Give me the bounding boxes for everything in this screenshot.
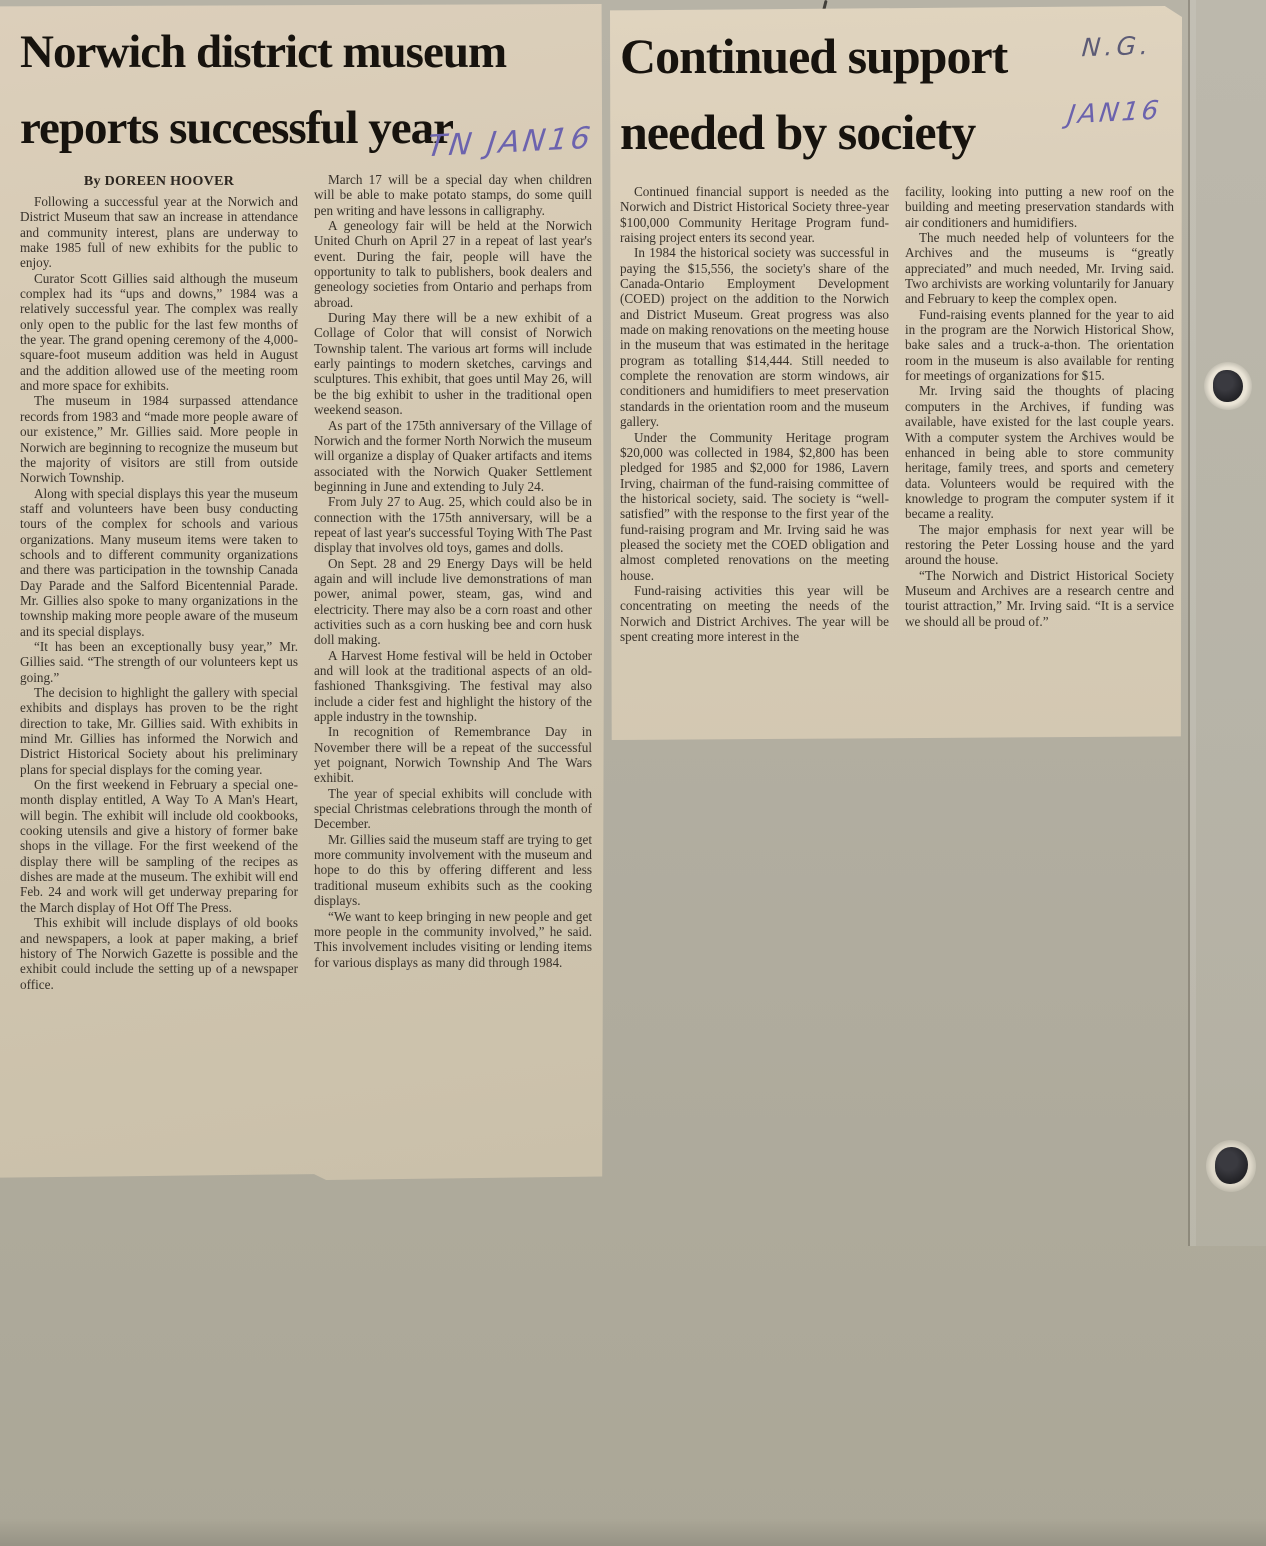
article-paragraph: The much needed help of volunteers for t… — [905, 230, 1174, 307]
article-paragraph: Fund-raising events planned for the year… — [905, 307, 1174, 384]
article-paragraph: The year of special exhibits will conclu… — [314, 786, 592, 832]
article-paragraph: A geneology fair will be held at the Nor… — [314, 218, 592, 310]
article-paragraph: During May there will be a new exhibit o… — [314, 310, 592, 417]
column-text: facility, looking into putting a new roo… — [905, 184, 1174, 629]
newspaper-clipping-museum-report: Norwich district museum reports successf… — [0, 4, 604, 1180]
handwritten-initials-note: N.G. — [1081, 33, 1153, 60]
newspaper-clipping-society-support: Continued support needed by society N.G.… — [610, 6, 1182, 740]
punch-hole — [1213, 370, 1243, 402]
article-paragraph: On the first weekend in February a speci… — [20, 777, 298, 915]
handwritten-date-note: JAN16 — [1066, 98, 1163, 129]
article-paragraph: Along with special displays this year th… — [20, 486, 298, 639]
article-paragraph: In recognition of Remembrance Day in Nov… — [314, 724, 592, 785]
scrapbook-page: Norwich district museum reports successf… — [0, 0, 1266, 1546]
column-text: March 17 will be a special day when chil… — [314, 172, 592, 970]
article-paragraph: “We want to keep bringing in new people … — [314, 909, 592, 970]
article-column-1: Continued financial support is needed as… — [620, 184, 889, 736]
article-paragraph: The major emphasis for next year will be… — [905, 522, 1174, 568]
article-paragraph: Mr. Irving said the thoughts of placing … — [905, 383, 1174, 521]
article-paragraph: Continued financial support is needed as… — [620, 184, 889, 245]
byline: By DOREEN HOOVER — [20, 174, 298, 190]
page-edge — [1188, 0, 1266, 1246]
article-paragraph: On Sept. 28 and 29 Energy Days will be h… — [314, 556, 592, 648]
column-text: Continued financial support is needed as… — [620, 184, 889, 644]
article-paragraph: facility, looking into putting a new roo… — [905, 184, 1174, 230]
article-paragraph: March 17 will be a special day when chil… — [314, 172, 592, 218]
article-column-2: facility, looking into putting a new roo… — [905, 184, 1174, 736]
article-paragraph: As part of the 175th anniversary of the … — [314, 418, 592, 495]
headline-line: Norwich district museum — [20, 14, 592, 90]
article-paragraph: A Harvest Home festival will be held in … — [314, 648, 592, 725]
article-paragraph: “The Norwich and District Historical Soc… — [905, 568, 1174, 629]
handwritten-date-note: TN JAN16 — [425, 124, 594, 163]
article-paragraph: Curator Scott Gillies said although the … — [20, 271, 298, 394]
article-paragraph: From July 27 to Aug. 25, which could als… — [314, 494, 592, 555]
article-paragraph: Following a successful year at the Norwi… — [20, 194, 298, 271]
article-columns: By DOREEN HOOVER Following a successful … — [20, 172, 592, 1172]
article-paragraph: Mr. Gillies said the museum staff are tr… — [314, 832, 592, 909]
article-paragraph: “It has been an exceptionally busy year,… — [20, 639, 298, 685]
article-paragraph: Under the Community Heritage program $20… — [620, 430, 889, 583]
article-column-1: By DOREEN HOOVER Following a successful … — [20, 172, 298, 1172]
page-bottom-shadow — [0, 1518, 1266, 1546]
article-columns: Continued financial support is needed as… — [620, 184, 1174, 736]
article-paragraph: The decision to highlight the gallery wi… — [20, 685, 298, 777]
article-paragraph: The museum in 1984 surpassed attendance … — [20, 393, 298, 485]
article-paragraph: In 1984 the historical society was succe… — [620, 245, 889, 429]
article-column-2: March 17 will be a special day when chil… — [314, 172, 592, 1172]
article-paragraph: Fund-raising activities this year will b… — [620, 583, 889, 644]
article-paragraph: This exhibit will include displays of ol… — [20, 915, 298, 992]
column-text: Following a successful year at the Norwi… — [20, 194, 298, 992]
